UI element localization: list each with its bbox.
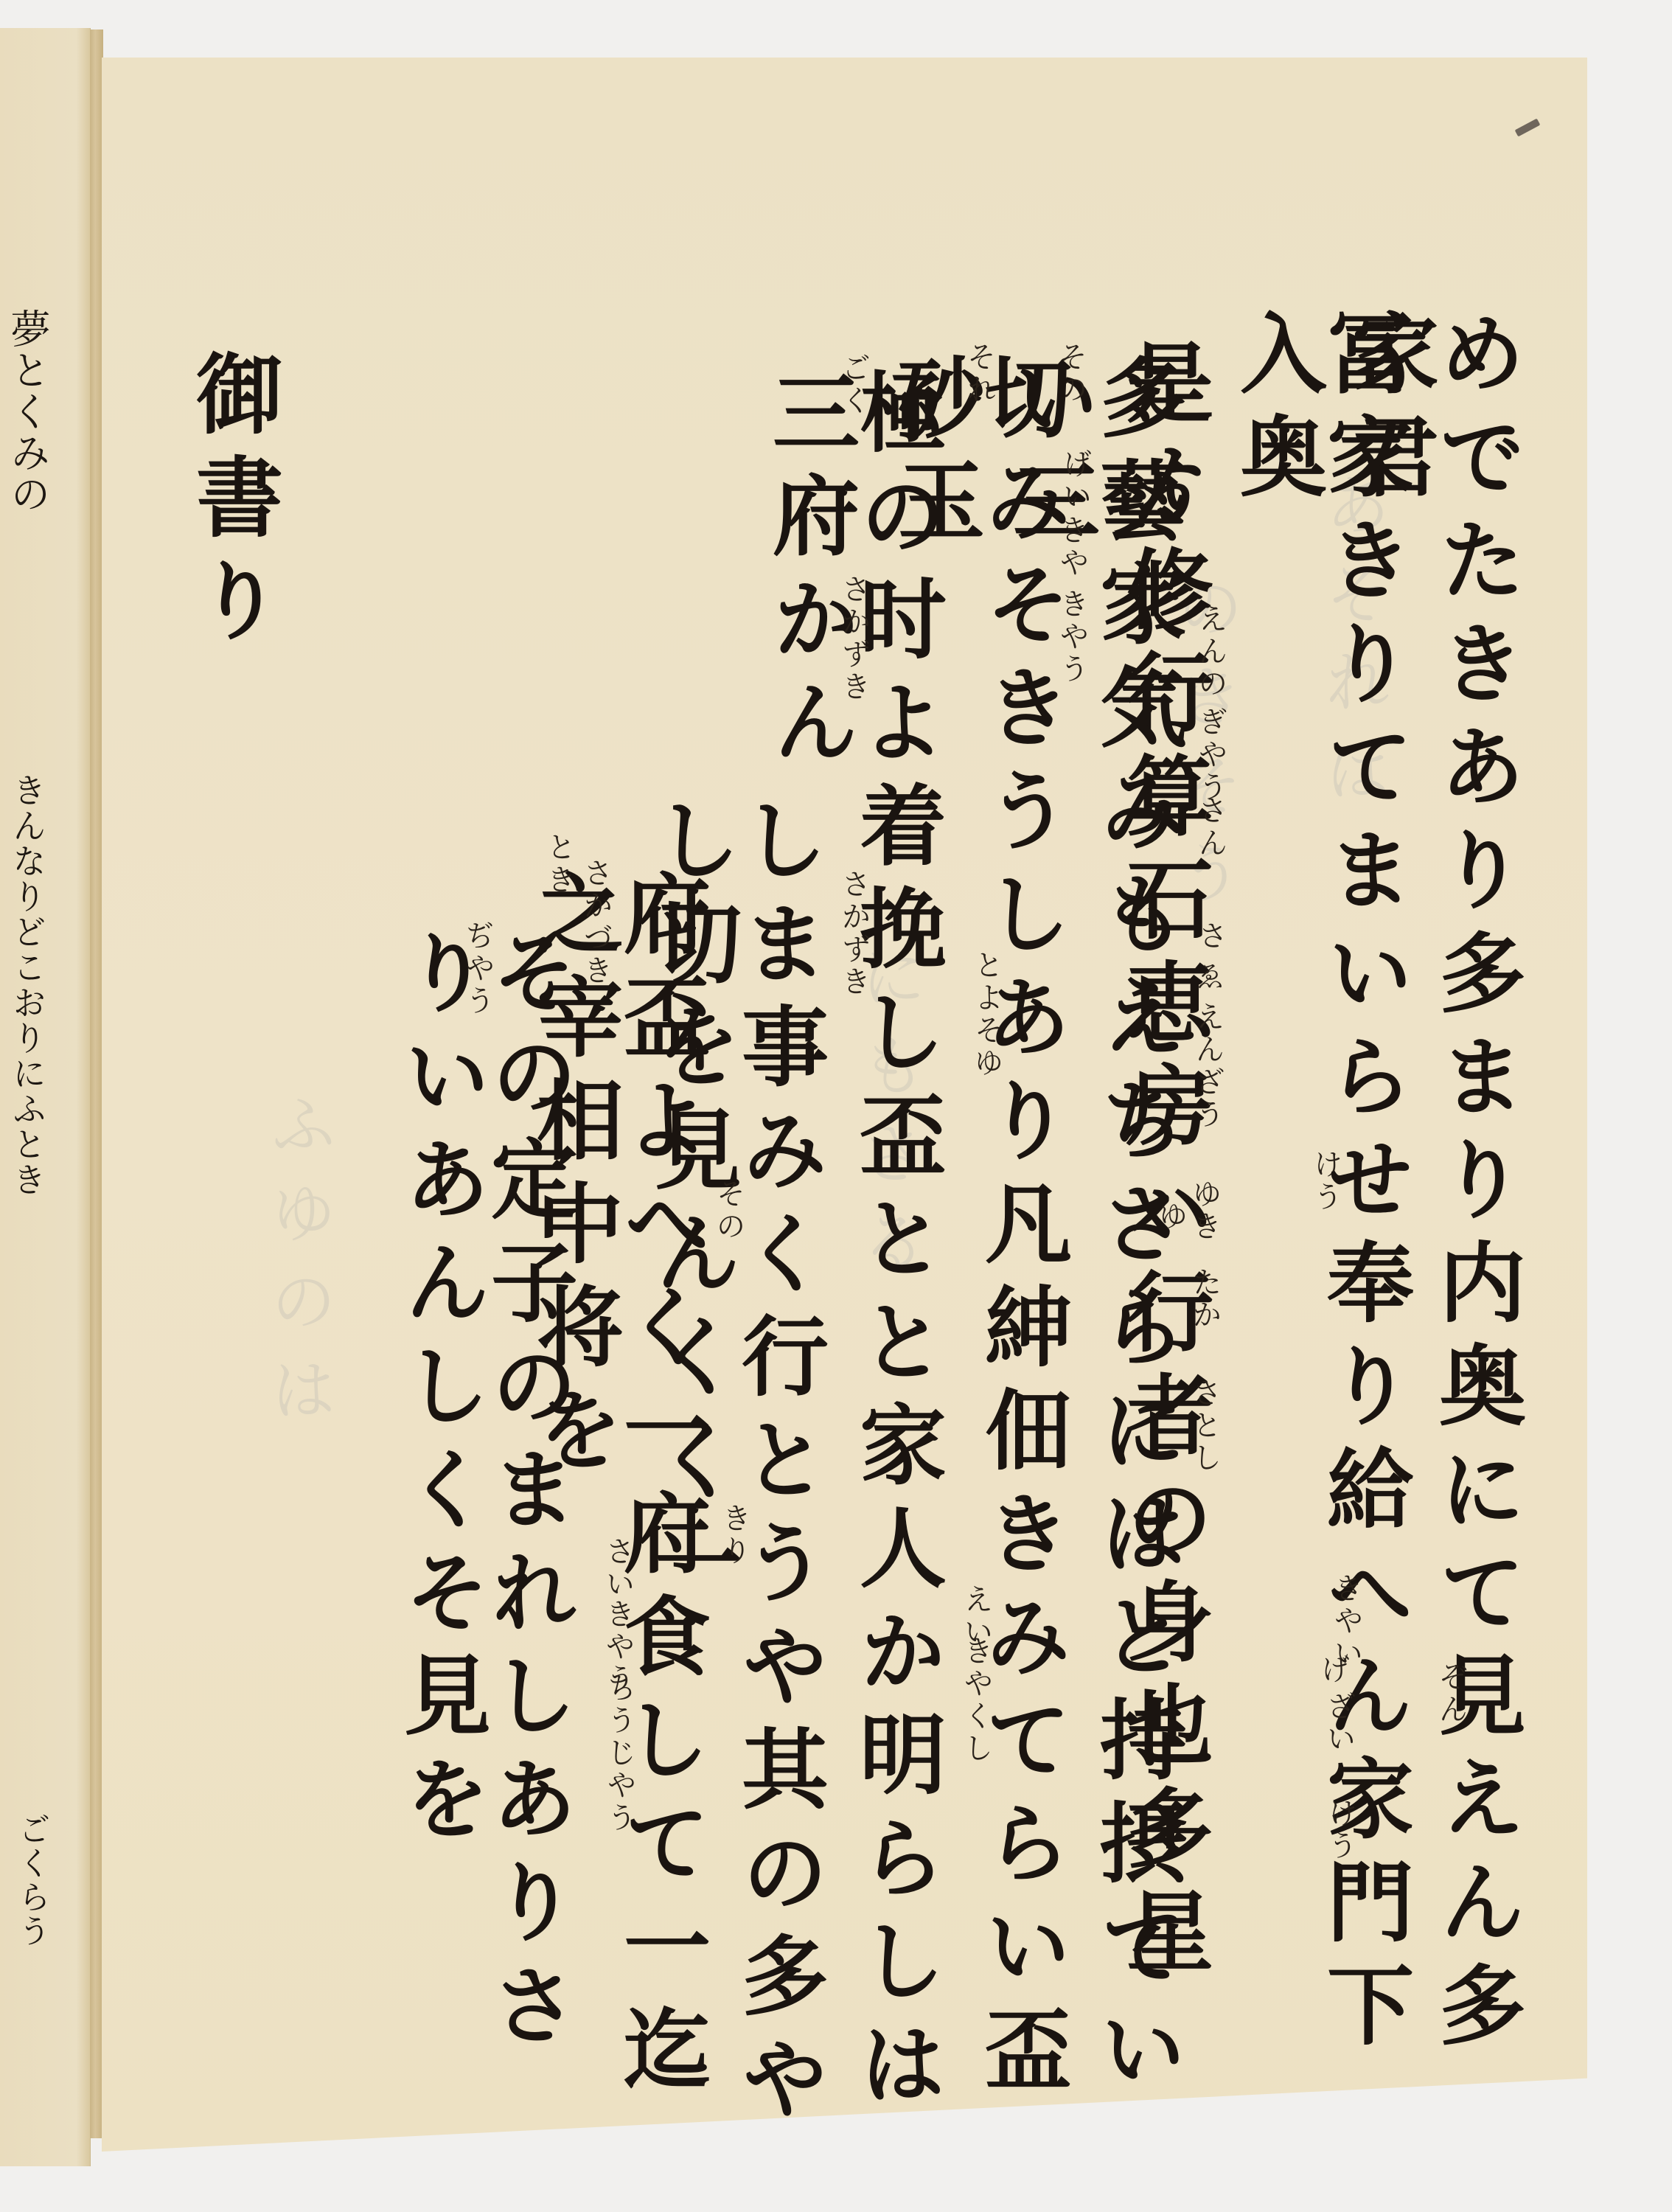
furigana: ゑ (1193, 961, 1222, 993)
furigana: とよそゆ (972, 950, 1001, 1079)
furigana: さい (603, 1536, 633, 1601)
left-page-fragment: 夢とくみの きんなりどこおりにふとき ごくらう (0, 28, 91, 2166)
furigana: それ (964, 341, 994, 406)
furigana: ぢやう (463, 920, 492, 1018)
furigana: とき (544, 832, 574, 897)
furigana: ちうじやう (605, 1672, 634, 1834)
furigana: さかずき (839, 869, 868, 998)
furigana: げ (1318, 1654, 1348, 1686)
furigana: ぎやう (1196, 706, 1225, 804)
furigana: さかづき (581, 858, 610, 987)
furigana: たか (1190, 1267, 1219, 1332)
furigana: ぞん (1436, 1661, 1466, 1726)
text-column-9: その定子のまれしありさりいあんしくそ見を (397, 928, 571, 2152)
furigana: えんの (1196, 603, 1225, 700)
furigana: ざい (1324, 1691, 1354, 1756)
furigana: さとし (1190, 1377, 1219, 1475)
left-page-column-2: きんなりどこおりにふとき (10, 773, 44, 1197)
manuscript-page: あそれは のきそう にもさる ふゆのは めでたきあり多まり内奥にて見えん多家君 … (102, 58, 1587, 2152)
text-column-10: 御書り (189, 349, 276, 658)
furigana: その (714, 1178, 743, 1243)
book-binding-gutter (90, 29, 103, 2138)
furigana: きり (720, 1503, 749, 1568)
furigana: さん (1196, 795, 1225, 860)
furigana: えんざう (1193, 1001, 1222, 1131)
ink-mark (1515, 119, 1541, 137)
furigana: けう (1326, 1798, 1355, 1863)
furigana: さかずき (839, 574, 868, 703)
furigana: ゆき (1190, 1178, 1219, 1243)
text-column-2: 冨家きりてまいらせ奉り給へん家門下入奥 (1233, 308, 1407, 2152)
furigana: きやくし (961, 1635, 991, 1765)
ink-bleed-through: ふゆのは (264, 1090, 330, 1444)
left-page-column-3: ごくらう (15, 1812, 47, 1948)
furigana: さ (1196, 920, 1225, 953)
left-page-column-1: 夢とくみの (7, 308, 47, 515)
furigana: ゆ (1156, 1200, 1185, 1233)
furigana: ごく (839, 352, 868, 417)
